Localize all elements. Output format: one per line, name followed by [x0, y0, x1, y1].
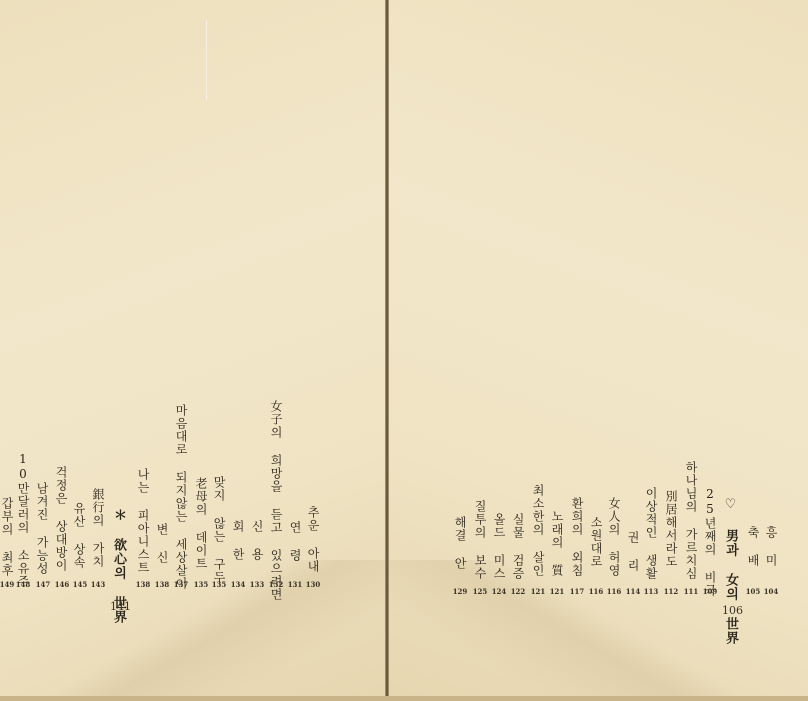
book-spread: 갑부의 최후 149 10만달러의 소유주 148 남겨진 가능성 147 걱정…: [0, 0, 808, 701]
page-bottom-edge: [0, 696, 808, 701]
toc-page-number: 124: [490, 587, 508, 596]
toc-entry: 남겨진 가능성: [35, 482, 49, 575]
toc-page-number: 135: [192, 580, 210, 589]
toc-entry: 別居해서라도: [664, 490, 678, 568]
toc-page-number: 130: [304, 580, 322, 589]
toc-page-number: 122: [509, 587, 527, 596]
toc-entry: 흥 미: [764, 526, 778, 567]
toc-entry: 질투의 보수: [473, 500, 487, 580]
toc-page-number: 141: [110, 600, 128, 613]
toc-entry: 추운 아내: [306, 506, 320, 573]
toc-page-number: 138: [134, 580, 152, 589]
toc-page-number: 148: [14, 580, 32, 589]
toc-entry: 올드 미스: [492, 513, 506, 580]
toc-entry: 환희의 외침: [570, 497, 584, 577]
page-shadow-right: [389, 560, 808, 701]
toc-page-number: 105: [744, 587, 762, 596]
toc-page-number: 131: [286, 580, 304, 589]
toc-entry: 나는 피아니스트: [136, 468, 150, 574]
toc-entry: 맞지 않는 구두: [212, 476, 226, 584]
toc-entry: 유산 상속: [72, 502, 86, 569]
toc-page-number: 106: [722, 604, 740, 617]
toc-entry: 연 령: [288, 521, 302, 562]
toc-page-number: 113: [642, 587, 660, 596]
toc-page-number: 116: [587, 587, 605, 596]
toc-entry: 갑부의 최후: [0, 497, 14, 577]
toc-page-number: 111: [682, 587, 700, 596]
toc-entry: 銀行의 가치: [91, 488, 105, 568]
toc-page-number: 145: [71, 580, 89, 589]
toc-entry: 노래의 質: [550, 510, 564, 577]
book-spine: [385, 0, 389, 701]
toc-entry: 마음대로 되지않는 세상살이: [174, 404, 188, 590]
toc-entry: 축 배: [746, 526, 760, 567]
toc-page-number: 121: [529, 587, 547, 596]
toc-page-number: 112: [662, 587, 680, 596]
toc-page-number: 143: [89, 580, 107, 589]
toc-entry: 25년째의 비극: [703, 487, 717, 597]
toc-page-number: 129: [451, 587, 469, 596]
toc-entry: 이상적인 생활: [644, 487, 658, 580]
toc-page-number: 137: [172, 580, 190, 589]
toc-entry: 최소한의 살인: [531, 484, 545, 577]
toc-entry: 회 한: [231, 520, 245, 561]
toc-entry: 걱정은 상대방이: [54, 466, 68, 572]
toc-entry: 소원대로: [589, 516, 603, 568]
toc-entry: 변 신: [155, 523, 169, 564]
toc-entry: 10만달러의 소유주: [16, 452, 30, 588]
toc-page-number: 133: [248, 580, 266, 589]
toc-page-number: 121: [548, 587, 566, 596]
toc-page-number: 147: [34, 580, 52, 589]
toc-entry: 女人의 허영: [607, 497, 621, 577]
page-fold: [206, 20, 207, 100]
toc-page-number: 146: [53, 580, 71, 589]
toc-page-number: 117: [568, 587, 586, 596]
toc-page-number: 135: [210, 580, 228, 589]
toc-entry: 老母의 데이트: [194, 477, 208, 570]
toc-entry: 실물 검증: [511, 513, 525, 580]
toc-entry: 해결 안: [453, 516, 467, 570]
toc-section-heading: ♡ 男과 女의 世界: [723, 497, 737, 645]
toc-entry: 하나님의 가르치심: [684, 461, 698, 580]
toc-page-number: 104: [762, 587, 780, 596]
toc-page-number: 114: [624, 587, 642, 596]
toc-page-number: 138: [153, 580, 171, 589]
toc-entry: 신 용: [250, 520, 264, 561]
toc-page-number: 132: [267, 580, 285, 589]
toc-entry: 권 리: [626, 531, 640, 572]
toc-page-number: 116: [605, 587, 623, 596]
toc-page-number: 109: [701, 587, 719, 596]
toc-entry: 女子의 희망을 듣고 있으려면: [269, 400, 283, 601]
toc-page-number: 134: [229, 580, 247, 589]
toc-page-number: 125: [471, 587, 489, 596]
